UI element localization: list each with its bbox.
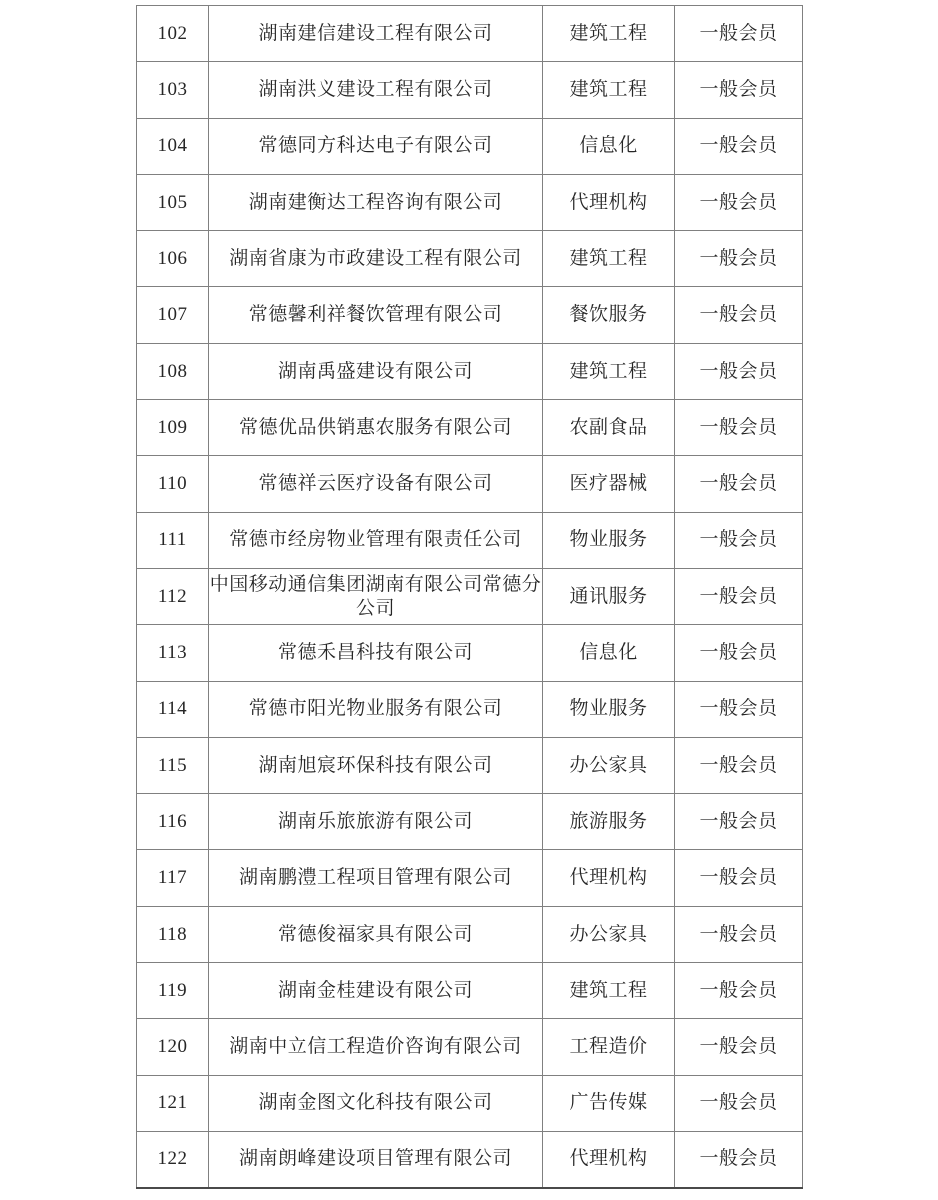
table-row: 111 常德市经房物业管理有限责任公司 物业服务 一般会员 xyxy=(137,512,803,568)
table-row: 104 常德同方科达电子有限公司 信息化 一般会员 xyxy=(137,118,803,174)
cell-membership-type: 一般会员 xyxy=(675,963,803,1019)
cell-membership-type: 一般会员 xyxy=(675,1019,803,1075)
cell-membership-type: 一般会员 xyxy=(675,118,803,174)
cell-company-name: 湖南洪义建设工程有限公司 xyxy=(209,62,543,118)
cell-company-name: 常德市经房物业管理有限责任公司 xyxy=(209,512,543,568)
cell-membership-type: 一般会员 xyxy=(675,850,803,906)
cell-membership-type: 一般会员 xyxy=(675,231,803,287)
cell-company-name: 湖南禹盛建设有限公司 xyxy=(209,343,543,399)
table-row: 102 湖南建信建设工程有限公司 建筑工程 一般会员 xyxy=(137,6,803,62)
cell-industry: 建筑工程 xyxy=(543,62,675,118)
table-row: 113 常德禾昌科技有限公司 信息化 一般会员 xyxy=(137,625,803,681)
member-table-body: 102 湖南建信建设工程有限公司 建筑工程 一般会员 103 湖南洪义建设工程有… xyxy=(137,6,803,1188)
cell-company-name: 湖南建衡达工程咨询有限公司 xyxy=(209,174,543,230)
cell-membership-type: 一般会员 xyxy=(675,737,803,793)
cell-industry: 信息化 xyxy=(543,625,675,681)
table-row: 122 湖南朗峰建设项目管理有限公司 代理机构 一般会员 xyxy=(137,1131,803,1187)
table-row: 114 常德市阳光物业服务有限公司 物业服务 一般会员 xyxy=(137,681,803,737)
cell-company-name: 湖南乐旅旅游有限公司 xyxy=(209,794,543,850)
cell-membership-type: 一般会员 xyxy=(675,62,803,118)
document-page: 102 湖南建信建设工程有限公司 建筑工程 一般会员 103 湖南洪义建设工程有… xyxy=(0,0,938,1200)
table-row: 120 湖南中立信工程造价咨询有限公司 工程造价 一般会员 xyxy=(137,1019,803,1075)
cell-company-name: 常德市阳光物业服务有限公司 xyxy=(209,681,543,737)
cell-industry: 医疗器械 xyxy=(543,456,675,512)
cell-membership-type: 一般会员 xyxy=(675,906,803,962)
cell-industry: 工程造价 xyxy=(543,1019,675,1075)
cell-membership-type: 一般会员 xyxy=(675,1131,803,1187)
cell-row-number: 115 xyxy=(137,737,209,793)
cell-membership-type: 一般会员 xyxy=(675,343,803,399)
cell-company-name: 湖南建信建设工程有限公司 xyxy=(209,6,543,62)
cell-industry: 建筑工程 xyxy=(543,6,675,62)
cell-company-name: 湖南朗峰建设项目管理有限公司 xyxy=(209,1131,543,1187)
cell-industry: 建筑工程 xyxy=(543,231,675,287)
cell-row-number: 107 xyxy=(137,287,209,343)
cell-industry: 办公家具 xyxy=(543,737,675,793)
cell-row-number: 104 xyxy=(137,118,209,174)
table-row: 106 湖南省康为市政建设工程有限公司 建筑工程 一般会员 xyxy=(137,231,803,287)
table-row: 109 常德优品供销惠农服务有限公司 农副食品 一般会员 xyxy=(137,400,803,456)
cell-industry: 物业服务 xyxy=(543,512,675,568)
member-table: 102 湖南建信建设工程有限公司 建筑工程 一般会员 103 湖南洪义建设工程有… xyxy=(136,5,803,1189)
cell-membership-type: 一般会员 xyxy=(675,512,803,568)
cell-row-number: 103 xyxy=(137,62,209,118)
cell-industry: 代理机构 xyxy=(543,1131,675,1187)
cell-industry: 广告传媒 xyxy=(543,1075,675,1131)
cell-company-name: 湖南金图文化科技有限公司 xyxy=(209,1075,543,1131)
cell-row-number: 105 xyxy=(137,174,209,230)
table-row: 116 湖南乐旅旅游有限公司 旅游服务 一般会员 xyxy=(137,794,803,850)
cell-industry: 建筑工程 xyxy=(543,963,675,1019)
cell-industry: 餐饮服务 xyxy=(543,287,675,343)
cell-company-name: 湖南旭宸环保科技有限公司 xyxy=(209,737,543,793)
cell-row-number: 109 xyxy=(137,400,209,456)
cell-company-name: 常德俊福家具有限公司 xyxy=(209,906,543,962)
cell-membership-type: 一般会员 xyxy=(675,568,803,624)
cell-membership-type: 一般会员 xyxy=(675,794,803,850)
cell-company-name: 常德优品供销惠农服务有限公司 xyxy=(209,400,543,456)
cell-membership-type: 一般会员 xyxy=(675,1075,803,1131)
table-row: 121 湖南金图文化科技有限公司 广告传媒 一般会员 xyxy=(137,1075,803,1131)
cell-row-number: 114 xyxy=(137,681,209,737)
cell-membership-type: 一般会员 xyxy=(675,625,803,681)
table-row: 103 湖南洪义建设工程有限公司 建筑工程 一般会员 xyxy=(137,62,803,118)
cell-row-number: 106 xyxy=(137,231,209,287)
cell-membership-type: 一般会员 xyxy=(675,456,803,512)
table-row: 115 湖南旭宸环保科技有限公司 办公家具 一般会员 xyxy=(137,737,803,793)
cell-company-name: 湖南金桂建设有限公司 xyxy=(209,963,543,1019)
cell-company-name: 湖南中立信工程造价咨询有限公司 xyxy=(209,1019,543,1075)
cell-industry: 办公家具 xyxy=(543,906,675,962)
cell-row-number: 110 xyxy=(137,456,209,512)
cell-industry: 通讯服务 xyxy=(543,568,675,624)
cell-row-number: 119 xyxy=(137,963,209,1019)
cell-company-name: 常德祥云医疗设备有限公司 xyxy=(209,456,543,512)
cell-industry: 代理机构 xyxy=(543,850,675,906)
cell-company-name: 常德同方科达电子有限公司 xyxy=(209,118,543,174)
cell-row-number: 108 xyxy=(137,343,209,399)
cell-company-name: 常德馨利祥餐饮管理有限公司 xyxy=(209,287,543,343)
cell-company-name: 湖南省康为市政建设工程有限公司 xyxy=(209,231,543,287)
cell-membership-type: 一般会员 xyxy=(675,6,803,62)
cell-company-name: 常德禾昌科技有限公司 xyxy=(209,625,543,681)
cell-row-number: 122 xyxy=(137,1131,209,1187)
table-row: 112 中国移动通信集团湖南有限公司常德分公司 通讯服务 一般会员 xyxy=(137,568,803,624)
cell-industry: 旅游服务 xyxy=(543,794,675,850)
cell-row-number: 102 xyxy=(137,6,209,62)
table-row: 107 常德馨利祥餐饮管理有限公司 餐饮服务 一般会员 xyxy=(137,287,803,343)
cell-membership-type: 一般会员 xyxy=(675,174,803,230)
cell-company-name: 中国移动通信集团湖南有限公司常德分公司 xyxy=(209,568,543,624)
cell-row-number: 118 xyxy=(137,906,209,962)
cell-row-number: 116 xyxy=(137,794,209,850)
cell-row-number: 112 xyxy=(137,568,209,624)
cell-row-number: 120 xyxy=(137,1019,209,1075)
cell-membership-type: 一般会员 xyxy=(675,287,803,343)
cell-row-number: 117 xyxy=(137,850,209,906)
table-row: 118 常德俊福家具有限公司 办公家具 一般会员 xyxy=(137,906,803,962)
cell-industry: 建筑工程 xyxy=(543,343,675,399)
cell-row-number: 113 xyxy=(137,625,209,681)
cell-row-number: 111 xyxy=(137,512,209,568)
table-row: 108 湖南禹盛建设有限公司 建筑工程 一般会员 xyxy=(137,343,803,399)
cell-row-number: 121 xyxy=(137,1075,209,1131)
table-row: 119 湖南金桂建设有限公司 建筑工程 一般会员 xyxy=(137,963,803,1019)
cell-industry: 信息化 xyxy=(543,118,675,174)
cell-membership-type: 一般会员 xyxy=(675,400,803,456)
table-row: 110 常德祥云医疗设备有限公司 医疗器械 一般会员 xyxy=(137,456,803,512)
table-row: 117 湖南鹏澧工程项目管理有限公司 代理机构 一般会员 xyxy=(137,850,803,906)
cell-industry: 代理机构 xyxy=(543,174,675,230)
cell-industry: 农副食品 xyxy=(543,400,675,456)
table-row: 105 湖南建衡达工程咨询有限公司 代理机构 一般会员 xyxy=(137,174,803,230)
cell-membership-type: 一般会员 xyxy=(675,681,803,737)
cell-industry: 物业服务 xyxy=(543,681,675,737)
cell-company-name: 湖南鹏澧工程项目管理有限公司 xyxy=(209,850,543,906)
